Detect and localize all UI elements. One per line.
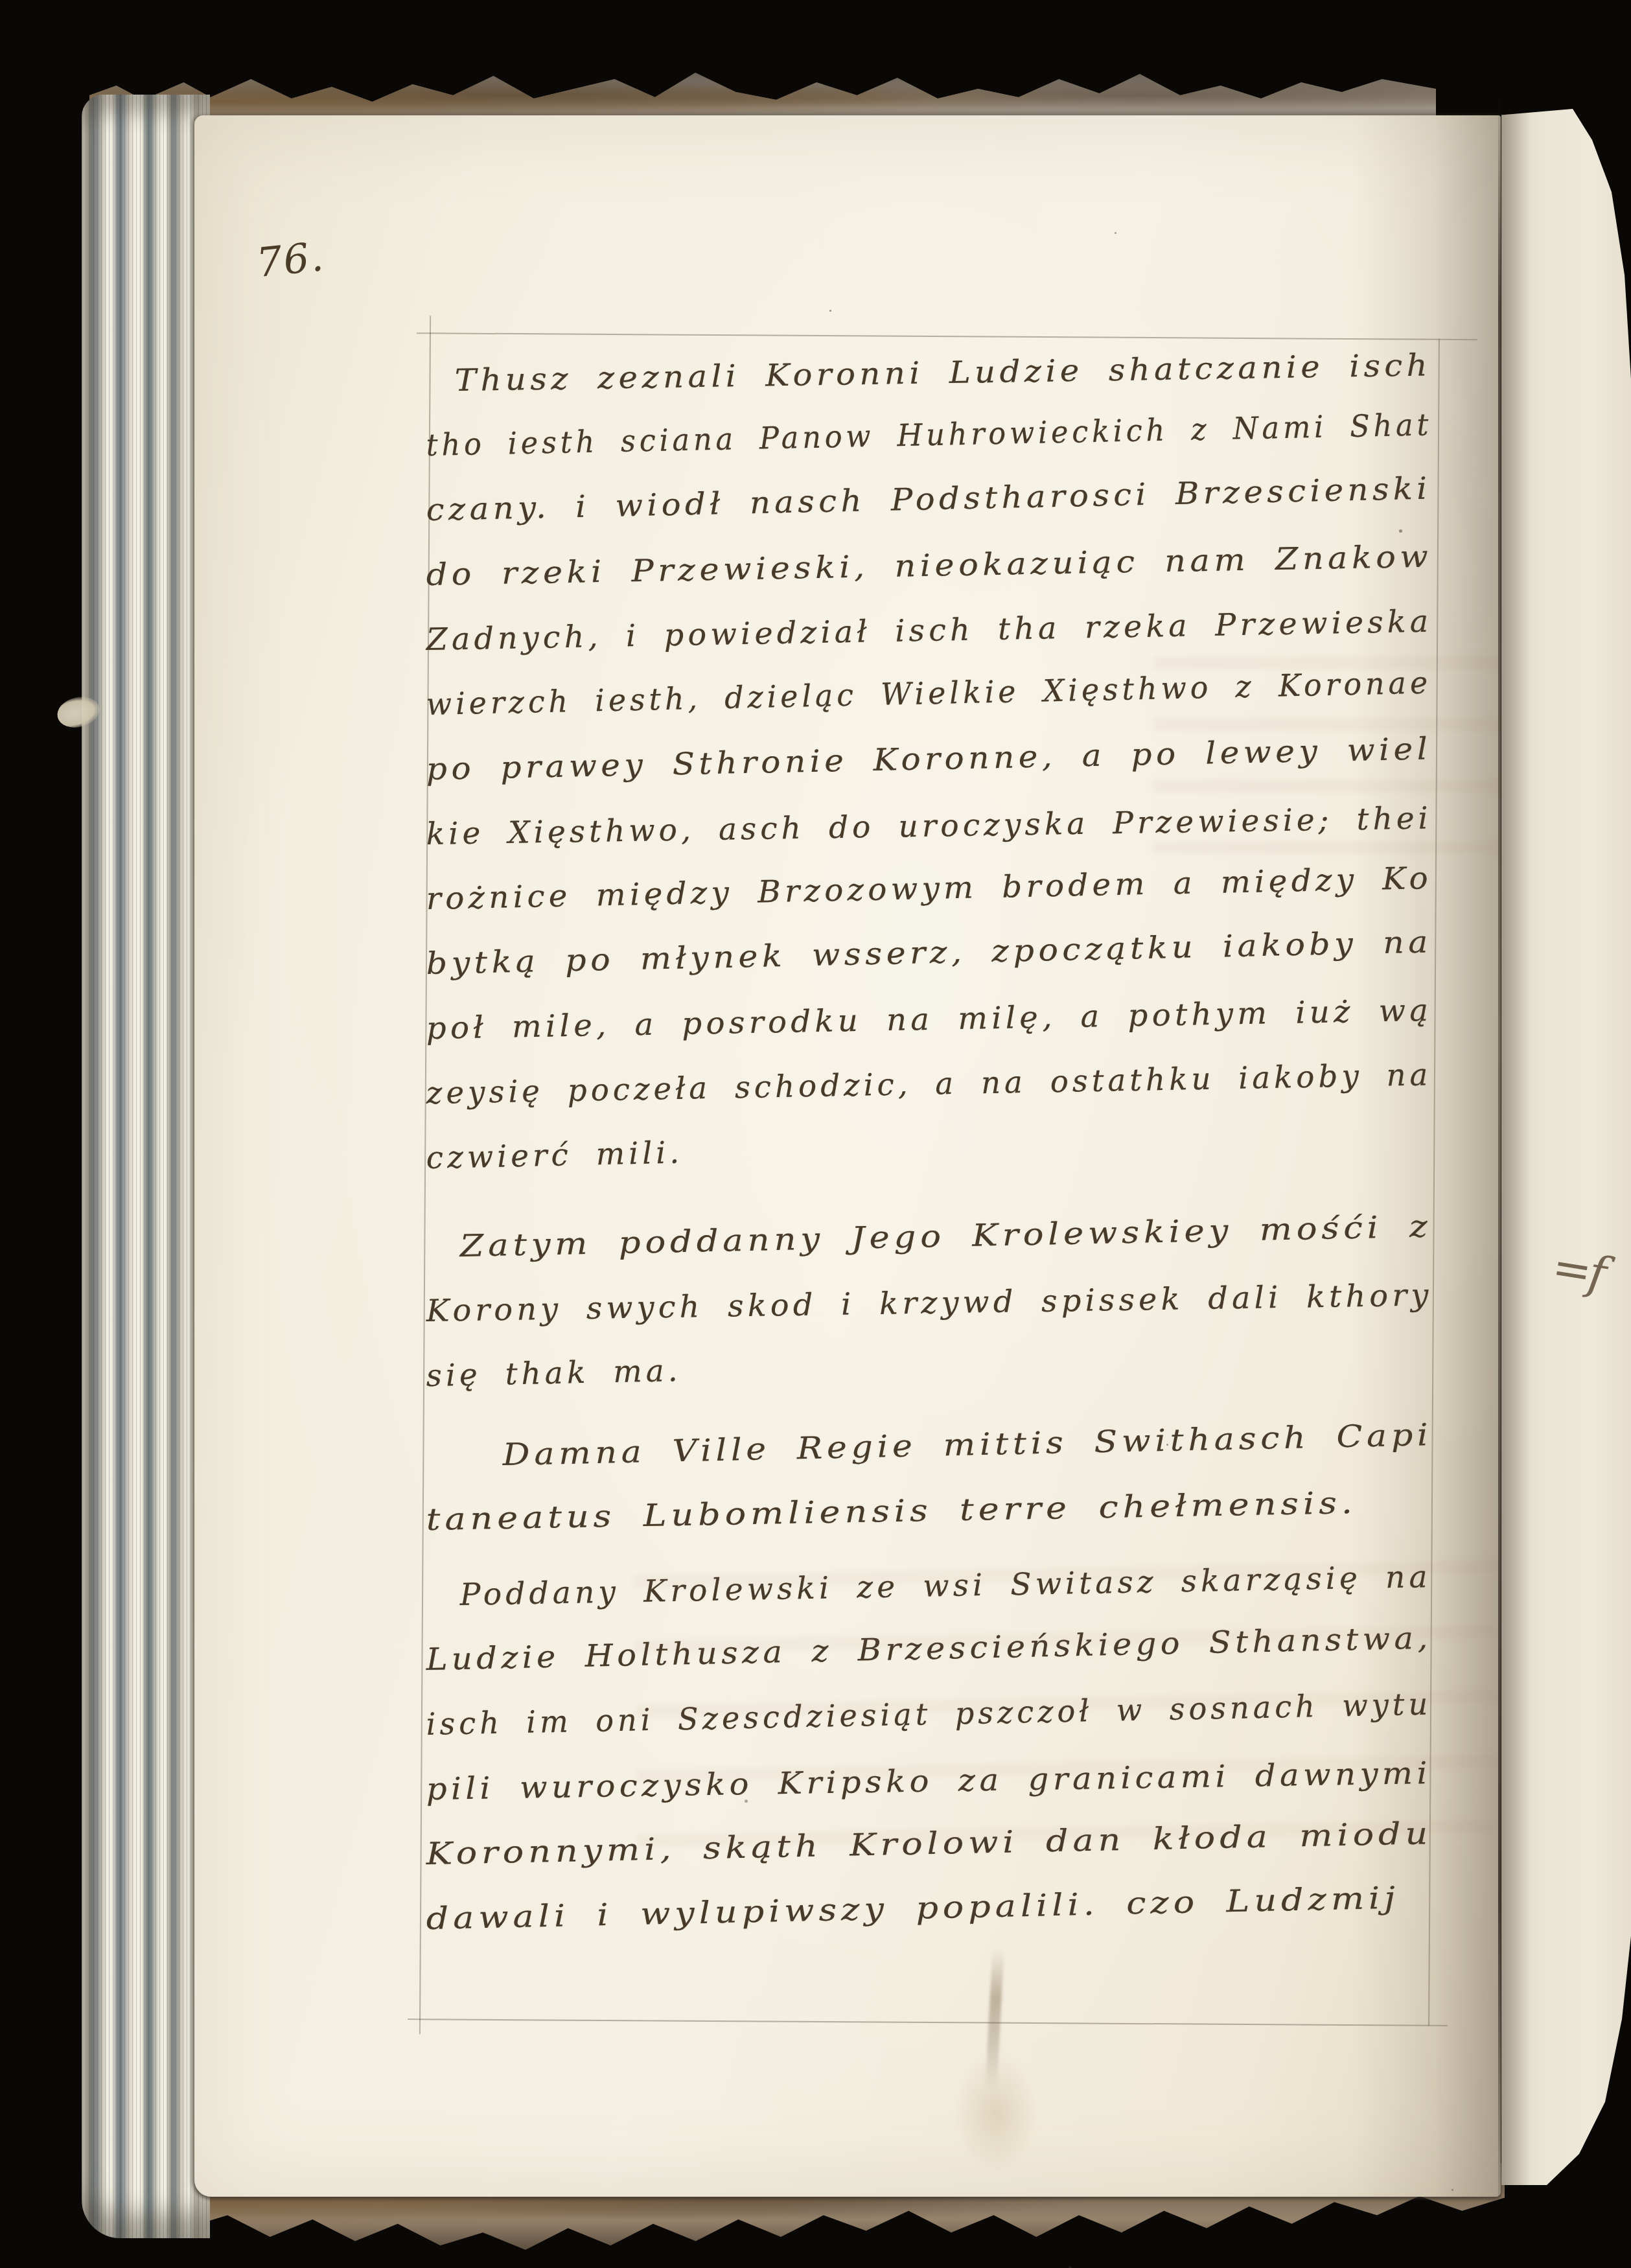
manuscript-line-text: czwierć mili. xyxy=(426,1135,684,1176)
manuscript-line: czwierć mili. xyxy=(426,1140,1432,1205)
manuscript-line: się thak ma. xyxy=(426,1358,1432,1423)
paper-specks xyxy=(829,310,831,312)
manuscript-page: 76. Thusz zeznali Koronni Ludzie shatcza… xyxy=(194,115,1501,2197)
facing-page-edge xyxy=(1501,109,1631,2185)
paper-stain xyxy=(954,2053,1038,2173)
rule-tick xyxy=(1428,2025,1448,2026)
fore-edge-page-stack xyxy=(82,95,210,2238)
gutter-crease xyxy=(1498,97,1501,2197)
rule-tick xyxy=(417,332,431,334)
book-head-edge xyxy=(89,60,1436,124)
page-number: 76. xyxy=(254,233,327,287)
manuscript-line-text: się thak ma. xyxy=(426,1353,682,1394)
rule-tick xyxy=(1439,339,1477,340)
rule-tick xyxy=(430,316,431,334)
manuscript-line: dawali i wylupiwszy popalili. czo Ludzmi… xyxy=(426,1901,1432,1966)
ink-bleedthrough xyxy=(632,1520,1597,1899)
rule-tick xyxy=(419,2019,421,2034)
manuscript-line: zeysię poczeła schodzic, a na ostathku i… xyxy=(426,1076,1432,1140)
manuscript-line: Korony swych skod i krzywd spissek dali … xyxy=(426,1293,1432,1358)
paragraph-register-intro: Zatym poddanny Jego Krolewskiey mośći zK… xyxy=(426,1229,1432,1423)
manuscript-line-text: Zatym poddanny Jego Krolewskiey mośći z xyxy=(459,1209,1432,1264)
rule-tick xyxy=(408,2019,421,2020)
manuscript-line-text: Damna Ville Regie mittis Swithasch Capi xyxy=(502,1417,1433,1473)
margin-mark: =f xyxy=(1549,1239,1608,1301)
book-scan: 76. Thusz zeznali Koronni Ludzie shatcza… xyxy=(0,0,1631,2268)
